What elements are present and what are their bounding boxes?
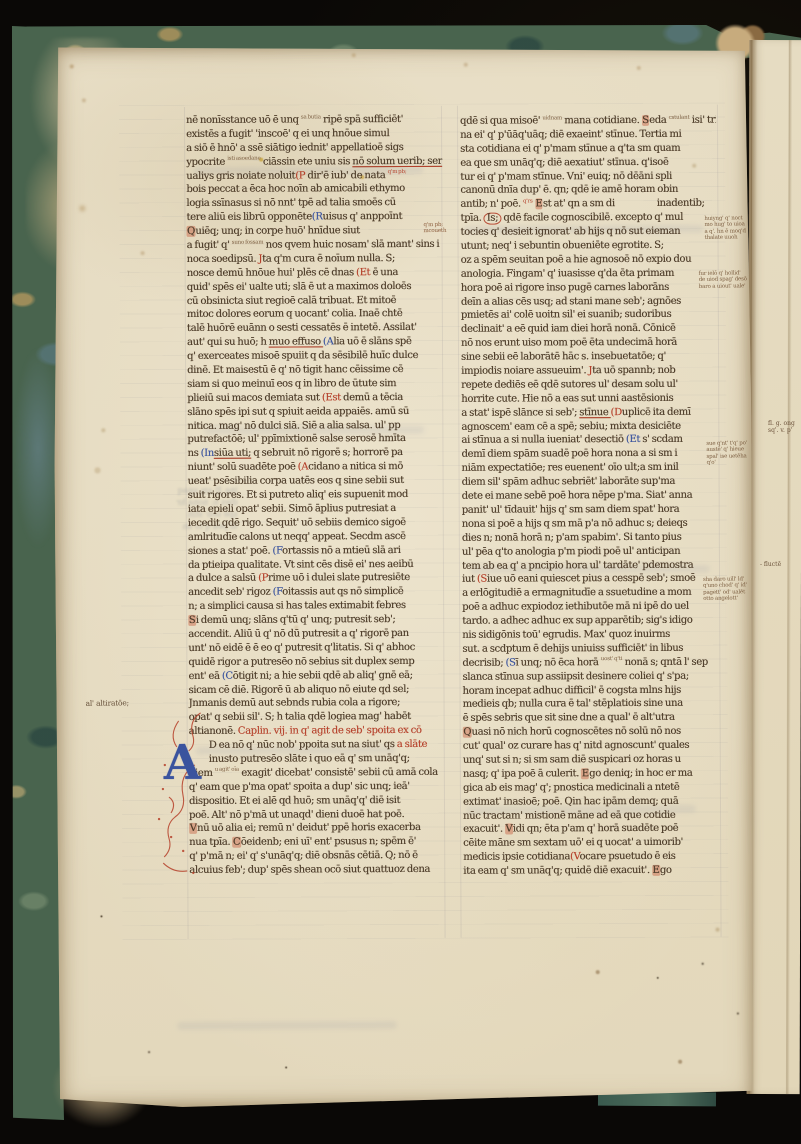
manuscript-text-line: cū obsinicta siut regioē calā tribuat. E… — [187, 293, 443, 308]
manuscript-text-line: diem sil' spām adhuc sebriēt' laborāte s… — [462, 475, 718, 490]
manuscript-text-line: dete ei mane sebē poē hora nēpe p'ma. Si… — [462, 489, 718, 504]
manuscript-text-line: noca soedipsū. Jta q'm cura ē noīum null… — [187, 252, 443, 267]
fore-edge-annotation: - fluctē — [760, 561, 781, 568]
manuscript-text-line: dinē. Et maisestū ē q' nō tigit hanc cēi… — [187, 363, 443, 378]
manuscript-text-line: plieiū sui macos demiata sut (Est demū a… — [187, 391, 443, 406]
manuscript-text-line: decrisib; (Sī unq; nō ēca horā uost' q't… — [462, 655, 718, 670]
manuscript-text-line: horrite cute. Hie nō a eas sut unni aast… — [461, 391, 717, 406]
manuscript-text-line: accendit. Aliū ū q' nō dū putresit a q' … — [188, 627, 444, 642]
text-column-right: qdē si qua misoē' uidnam mana cotidiane.… — [460, 114, 719, 879]
manuscript-text-line: exacuit'. Vidi qn; ēta p'am q' horā suad… — [463, 822, 719, 837]
manuscript-text-line: ul' pēa q'to anologia p'm piodi poē ul' … — [462, 544, 718, 559]
manuscript-text-line: poē a adhuc expiodoz iethibutōe mā ni ip… — [462, 600, 718, 615]
manuscript-text-line: nua tpīa. Cōeidenb; eni uī' ent' psusus … — [189, 835, 445, 850]
manuscript-text-line: quidē rigor a putresēo nō sebius sit dup… — [188, 655, 444, 670]
ink-bleedthrough — [177, 1021, 397, 1030]
manuscript-text-line: panit' ul' tīdauit' hijs q' sm sam diem … — [462, 503, 718, 518]
manuscript-text-line: utunt; neq' i sebuntin obueniēte egrotit… — [461, 239, 717, 254]
gutter-gloss: q'm pb;mcoueth — [423, 221, 475, 234]
manuscript-text-line: Vnū uō alia ei; remū n' deidut' ppē hori… — [189, 821, 445, 836]
manuscript-text-line: siones a stat' poē. (Fortassis nō a mtie… — [188, 543, 444, 558]
manuscript-text-line: deīn a alias cēs usq; ad stani mane seb'… — [461, 294, 717, 309]
manuscript-text-line: ualiys gris noiate noluit(P dir'ē iub' d… — [186, 168, 442, 183]
manuscript-text-line: iecedit qdē rigo. Sequit' uō sebiis demi… — [188, 516, 444, 531]
manuscript-text-line: slāno spēs ipi sut q spiuit aeida appaiē… — [187, 405, 443, 420]
manuscript-text-line: tardo. a adhec adhuc ex sup apparētib; s… — [462, 614, 718, 629]
manuscript-text-line: amlritudīe calons ut neqq' appeat. Secdm… — [188, 530, 444, 545]
manuscript-text-line: existēs a fugit' 'inscoē' q ei unq hnōue… — [186, 127, 442, 142]
manuscript-text-line: niām expectatiōe; res euenent' oīo ult;a… — [462, 461, 718, 476]
manuscript-text-line: nē nonīsstance uō ē unq sa butia ripē sp… — [186, 113, 442, 128]
manuscript-text-line: siam si quo meinuī eos q in libro de ūtu… — [187, 377, 443, 392]
margin-note: fur ielō q' hollid'de uiod spag' desōbar… — [699, 270, 751, 290]
margin-note: sha daro uill' ld'q'uno chod' q' id'page… — [703, 576, 755, 602]
manuscript-text-line: gica ab eis mag' q'; pnostica medicinali… — [463, 780, 719, 795]
manuscript-text-line: cut' qual' oz curare has q' nitd agnoscu… — [463, 739, 719, 754]
manuscript-text-line: da ptieipa qualitate. Vt sint cēs disē e… — [188, 557, 444, 572]
left-margin-gloss: al' altiratōe; — [86, 698, 196, 707]
manuscript-text-line: na ei' q' p'ūāq'uāq; diē exaeint' stīnue… — [460, 128, 716, 143]
manuscript-text-line: antib; n' poē. q'rs Est at' qn a sm diin… — [460, 197, 716, 212]
manuscript-text-line: declinait' a eē quid iam diei horā nonā.… — [461, 322, 717, 337]
manuscript-text-line: niunt' solū suadēte poē (Acidano a nitic… — [187, 460, 443, 475]
manuscript-text-line: extimat' inasioē; poē. Qin hac ipām demq… — [463, 794, 719, 809]
text-column-left: nē nonīsstance uō ē unq sa butia ripē sp… — [186, 113, 445, 878]
manuscript-text-line: ai stīnua a si nulla iueniat' desectiō (… — [461, 433, 717, 448]
manuscript-photo: fl. g. ongsq'. v. p' - fluctē ine 套 sm u… — [0, 0, 801, 1144]
manuscript-text-line: ent' eā (Cōtigit ni; a hie sebii qdē ab … — [188, 668, 444, 683]
manuscript-text-line: Jnmanis demū aut sebnds rubia cola a rig… — [189, 696, 445, 711]
manuscript-text-line: nis sidigōnis toū' egrudis. Max' quoz in… — [462, 628, 718, 643]
manuscript-text-line: nūc tractam' mistionē māne ad eā que cot… — [463, 808, 719, 823]
manuscript-text-line: sine sebii eē laborātē hāc s. insebuetat… — [461, 350, 717, 365]
manuscript-text-line: logia ssīnasus si nō nnt' tpē ad talia s… — [186, 196, 442, 211]
parchment-page: ine 套 sm unaq dies n; nona hr spē seb' s… — [53, 44, 755, 1107]
manuscript-text-line: medicis ipsie cotidiana(Vocare psuetudo … — [463, 850, 719, 865]
manuscript-text-line: hora poē ai rigore inso pugē carnes labo… — [461, 280, 717, 295]
manuscript-text-line: quid' spēs ei' ualte uti; slā ē ut a max… — [187, 280, 443, 295]
manuscript-text-line: demī diem spām suadē poē hora nona a si … — [461, 447, 717, 462]
manuscript-text-line: aut' qui su huō; h muo effuso (Alia uō ē… — [187, 335, 443, 350]
manuscript-text-line: medieis qb; nulla cura ē tal' stēplatioi… — [463, 697, 719, 712]
manuscript-text-line: dispositio. Et ei alē qd huō; sm unāq'q'… — [189, 793, 445, 808]
manuscript-text-line: tere aliū eis librū opponēte(Ruisus q' a… — [186, 210, 442, 225]
manuscript-text-line: nona si poē a hijs q sm mā p'a nō adhuc … — [462, 516, 718, 531]
manuscript-text-line: impiodis noiare assueuim'. Jta uō spannb… — [461, 364, 717, 379]
manuscript-text-line: q' p'mā n; ei' q' s'unāq'q; diē obsnās c… — [189, 849, 445, 864]
margin-note: sue q'nt' t'q' po'austē' q' hieuespal' i… — [706, 440, 758, 466]
manuscript-text-line: a stat' ispē slānce si seb'; stīnue (Dup… — [461, 405, 717, 420]
manuscript-text-line: nō nos erunt uiso mom poē ēta undecimā h… — [461, 336, 717, 351]
manuscript-text-line: iut (Siue uō eani quiescet pius a cesspē… — [462, 572, 718, 587]
manuscript-text-line: ancedit seb' rigoz (Foitassis aut qs nō … — [188, 585, 444, 600]
manuscript-text-line: oz a spēm seuitan poē a hie agnosoē nō e… — [461, 253, 717, 268]
manuscript-text-line: putrefactōē; ul' ppīmixtionē salse seros… — [187, 432, 443, 447]
manuscript-text-line: sut. a scdptum ē dehijs uniuiss sufficiē… — [462, 641, 718, 656]
fore-edge-annotation: fl. g. ongsq'. v. p' — [768, 420, 795, 434]
manuscript-text-line: unq' sut si n; si sm sam diē suspicari o… — [463, 753, 719, 768]
manuscript-text-line: altianonē. Caplin. vij. in q' agit de se… — [189, 724, 445, 739]
manuscript-text-line: opat' q sebii sil'. S; h talia qdē logie… — [189, 710, 445, 725]
manuscript-text-line: tur ei q' p'mam stīnue. Vni' euiq; nō dē… — [460, 169, 716, 184]
manuscript-text-line: Quiēq; unq; in corpe huō' hnīdue siut — [186, 224, 442, 239]
manuscript-text-line: ea que sm unāq'q; diē aexatiut' stīnua. … — [460, 155, 716, 170]
decorated-initial-A: A — [164, 737, 208, 791]
manuscript-text-line: Si demū unq; slāns q'tū q' unq; putresit… — [188, 613, 444, 628]
manuscript-text-line: sicam cē diē. Rigorē ū ab aliquo nō eiut… — [188, 682, 444, 697]
manuscript-text-line: ns (Insiūa uti; q sebruit nō rigorē s; h… — [187, 446, 443, 461]
manuscript-text-line: tocies q' desieit ignorat' ab hijs q nō … — [460, 225, 716, 240]
manuscript-text-line: a erlōgitudiē a ermagnitudīe a ssuetudin… — [462, 586, 718, 601]
manuscript-text-line: nitica. mag' nō dulci siā. Siē a alia sa… — [187, 418, 443, 433]
manuscript-text-line: ueat' psēsibilia corpa uatēs eos q sine … — [188, 474, 444, 489]
manuscript-text-line: anologia. Fingam' q' iuasisse q'da ēta p… — [461, 266, 717, 281]
manuscript-text-line: sta cotidiana ei q' p'mam stīnue a q'ta … — [460, 141, 716, 156]
manuscript-text-line: canonū dnīa dup' ē. qn; qdē ie amē horam… — [460, 183, 716, 198]
manuscript-text-line: diem u agit' oīa exagit' dicebat' consis… — [189, 766, 445, 781]
manuscript-text-line: pmietēs ai' colē uoitn sil' ei suanib; s… — [461, 308, 717, 323]
manuscript-text-line: q' eam que p'ma opat' spoita a dup' sic … — [189, 780, 445, 795]
manuscript-text-line: slanca stīnua sup assiipsit desinere col… — [462, 669, 718, 684]
manuscript-text-line: iata epieli opat' sebii. Simō āplius put… — [188, 502, 444, 517]
manuscript-text-line: cēite māne sm sextam uō' ei q uocat' a u… — [463, 836, 719, 851]
manuscript-text-line: n; a simplici causa si has tales extimab… — [188, 599, 444, 614]
manuscript-text-line: alcuius feb'; dup' spēs shean ocō siut q… — [189, 863, 445, 878]
manuscript-text-line: tem ab ea q' a pncipio hora ul' tardāte'… — [462, 558, 718, 573]
manuscript-text-line: suit rigores. Et si putreto aliq' eis su… — [188, 488, 444, 503]
manuscript-text-line: q' exerceates misoē spuiit q da sēsibilē… — [187, 349, 443, 364]
manuscript-text-line: ē spēs sebris que sit sine dne a qual' ē… — [463, 711, 719, 726]
manuscript-text-line: bois peccat a ēca hoc noīn ab amicabili … — [186, 182, 442, 197]
manuscript-text-line: a siō ē hnō' a ssē siātigo iednit' appel… — [186, 141, 442, 156]
manuscript-text-line: nosce demū hnōue hui' plēs cē dnas (Et ē… — [187, 266, 443, 281]
manuscript-text-line: a fugit' q' suno fossam nos qvem huic no… — [187, 238, 443, 253]
manuscript-text-line: dies n; nonā horā n; p'am spabim'. Si ta… — [462, 530, 718, 545]
manuscript-text-line: Quasi nō nich horū cognoscētes nō solū n… — [463, 725, 719, 740]
manuscript-text-line: qdē si qua misoē' uidnam mana cotidiane.… — [460, 114, 716, 129]
manuscript-text-line: D ea nō q' nūc nob' ppoita sut na siut' … — [189, 738, 445, 753]
manuscript-text-line: tpīa. Is; qdē facile cognoscibilē. excep… — [460, 211, 716, 226]
manuscript-text-line: agnoscem' eam cē a spē; sebiu; mixta des… — [461, 419, 717, 434]
manuscript-text-line: mitoc dolores eorum q uocant' colia. Ina… — [187, 307, 443, 322]
manuscript-text-line: unt' nō eidē ē ē eo q' putresit q'litati… — [188, 641, 444, 656]
manuscript-text-line: a dulce a salsū (Prime uō i dulei slate … — [188, 571, 444, 586]
manuscript-text-line: poē. Alt' nō p'mā ut unaqd' dieni duoē h… — [189, 807, 445, 822]
manuscript-text-line: ita eam q' sm unāq'q; quidē diē exacuit'… — [463, 864, 719, 879]
manuscript-text-line: horam incepat adhuc difficil' ē cogsta m… — [462, 683, 718, 698]
manuscript-text-line: talē huōrē euānn o sesti cessatēs ē inte… — [187, 321, 443, 336]
initial-filigree — [149, 703, 220, 898]
manuscript-text-line: nasq; q' ipa poē ā culerit. Ego deniq; i… — [463, 766, 719, 781]
manuscript-text-line: repete dediēs eē qdē sutores ul' desam s… — [461, 378, 717, 393]
